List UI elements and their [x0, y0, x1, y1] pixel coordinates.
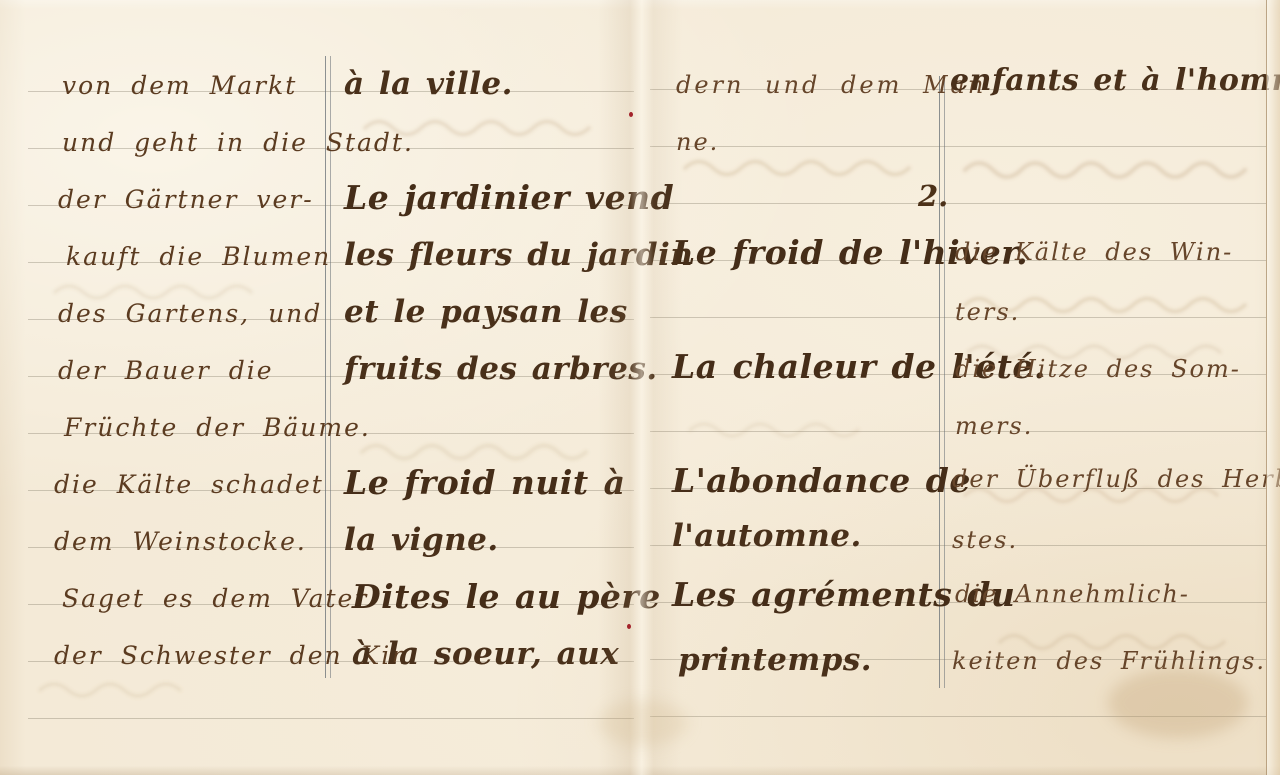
german-line: der Gärtner ver-: [58, 187, 314, 212]
french-line: et le paysan les: [344, 297, 628, 328]
german-line: dem Weinstocke.: [54, 529, 307, 554]
german-line: der Bauer die: [58, 358, 274, 383]
german-line: dern und dem Man: [676, 73, 986, 97]
german-line: kauft die Blumen: [66, 244, 331, 269]
german-line: ters.: [955, 300, 1020, 324]
german-line: Früchte der Bäume.: [64, 415, 371, 440]
french-line: à la ville.: [344, 69, 513, 100]
section-number: 2.: [918, 182, 948, 211]
right-page-edge: [1266, 0, 1280, 775]
red-ink-speck: [629, 112, 633, 117]
german-line: des Gartens, und: [58, 301, 322, 326]
german-line: die Hitze des Som-: [955, 357, 1241, 381]
center-fold-crease: [598, 0, 682, 775]
german-line: ne.: [676, 130, 719, 154]
german-line: die Annehmlich-: [955, 582, 1190, 606]
paper-stain: [598, 700, 688, 746]
german-line: mers.: [955, 414, 1033, 438]
german-line: und geht in die Stadt.: [62, 130, 414, 155]
french-line: l'automne.: [672, 521, 862, 552]
french-line: enfants et à l'homme,: [950, 66, 1280, 96]
german-line: keiten des Frühlings.: [952, 649, 1266, 673]
german-line: Saget es dem Vater: [62, 586, 368, 611]
german-line: der Überfluß des Herb-: [952, 467, 1280, 491]
paper-stain: [1108, 668, 1248, 738]
french-line: Le froid nuit à: [344, 466, 626, 499]
german-line: die Kälte schadet: [54, 472, 324, 497]
red-ink-speck: [627, 624, 631, 629]
french-line: printemps.: [678, 645, 872, 676]
german-line: stes.: [952, 528, 1018, 552]
german-line: von dem Markt: [62, 73, 297, 98]
notebook-spread: von dem Markt und geht in die Stadt. der…: [0, 0, 1280, 775]
german-line: die Kälte des Win-: [955, 240, 1233, 264]
ruled-lines-right-page: [650, 89, 1266, 719]
french-line: à la soeur, aux: [352, 639, 619, 670]
french-line: la vigne.: [344, 525, 499, 556]
french-line: L'abondance de: [672, 464, 971, 497]
